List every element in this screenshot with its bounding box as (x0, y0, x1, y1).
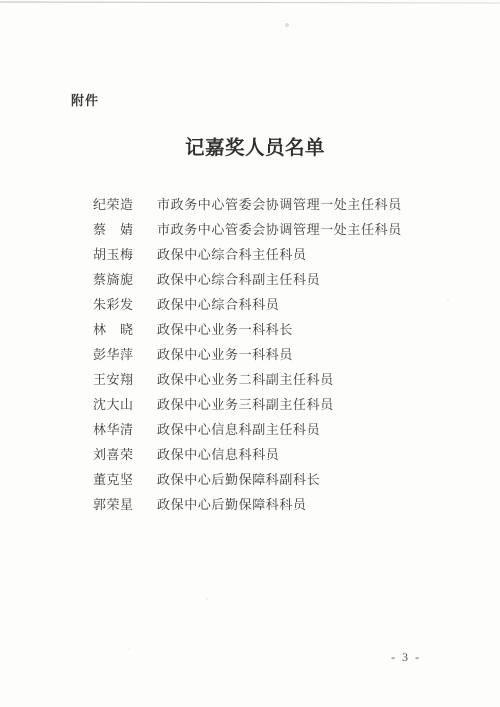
person-name: 林华清 (93, 417, 157, 442)
roster-row: 林 晓 政保中心业务一科科长 (93, 317, 402, 342)
person-position: 政保中心业务一科科员 (157, 342, 293, 367)
person-position: 政保中心信息科副主任科员 (157, 417, 320, 442)
person-name: 胡玉梅 (93, 242, 157, 267)
roster-row: 彭华萍 政保中心业务一科科员 (93, 342, 402, 367)
person-position: 政保中心业务三科副主任科员 (157, 392, 334, 417)
person-name: 董克坚 (93, 467, 157, 492)
person-name: 刘喜荣 (93, 442, 157, 467)
person-position: 政保中心综合科科员 (157, 292, 279, 317)
person-name: 沈大山 (93, 392, 157, 417)
roster-row: 郭荣星 政保中心后勤保障科科员 (93, 492, 402, 517)
roster-row: 沈大山 政保中心业务三科副主任科员 (93, 392, 402, 417)
person-position: 政保中心后勤保障科科员 (157, 492, 307, 517)
roster-row: 纪荣造 市政务中心管委会协调管理一处主任科员 (93, 192, 402, 217)
scanned-document-page: 附件 记嘉奖人员名单 纪荣造 市政务中心管委会协调管理一处主任科员 蔡 婧 市政… (0, 0, 500, 707)
person-name: 郭荣星 (93, 492, 157, 517)
person-position: 政保中心信息科科员 (157, 442, 279, 467)
scan-edge-line (0, 1, 500, 3)
person-position: 市政务中心管委会协调管理一处主任科员 (157, 217, 402, 242)
person-name: 王安翔 (93, 367, 157, 392)
person-name: 蔡 婧 (93, 217, 157, 242)
roster-row: 朱彩发 政保中心综合科科员 (93, 292, 402, 317)
roster-row: 林华清 政保中心信息科副主任科员 (93, 417, 402, 442)
roster-row: 蔡 婧 市政务中心管委会协调管理一处主任科员 (93, 217, 402, 242)
roster-row: 胡玉梅 政保中心综合科主任科员 (93, 242, 402, 267)
person-name: 朱彩发 (93, 292, 157, 317)
roster-row: 蔡旖旎 政保中心综合科副主任科员 (93, 267, 402, 292)
roster-list: 纪荣造 市政务中心管委会协调管理一处主任科员 蔡 婧 市政务中心管委会协调管理一… (93, 192, 402, 517)
document-title: 记嘉奖人员名单 (185, 138, 325, 159)
person-position: 政保中心综合科副主任科员 (157, 267, 320, 292)
person-name: 纪荣造 (93, 192, 157, 217)
person-name: 蔡旖旎 (93, 267, 157, 292)
person-position: 市政务中心管委会协调管理一处主任科员 (157, 192, 402, 217)
attachment-label: 附件 (71, 94, 99, 108)
person-name: 彭华萍 (93, 342, 157, 367)
roster-row: 董克坚 政保中心后勤保障科副科长 (93, 467, 402, 492)
person-position: 政保中心综合科主任科员 (157, 242, 307, 267)
page-number: - 3 - (391, 650, 421, 665)
person-name: 林 晓 (93, 317, 157, 342)
person-position: 政保中心后勤保障科副科长 (157, 467, 320, 492)
person-position: 政保中心业务一科科长 (157, 317, 293, 342)
roster-row: 王安翔 政保中心业务二科副主任科员 (93, 367, 402, 392)
roster-row: 刘喜荣 政保中心信息科科员 (93, 442, 402, 467)
scan-noise-specks (0, 0, 2, 2)
person-position: 政保中心业务二科副主任科员 (157, 367, 334, 392)
